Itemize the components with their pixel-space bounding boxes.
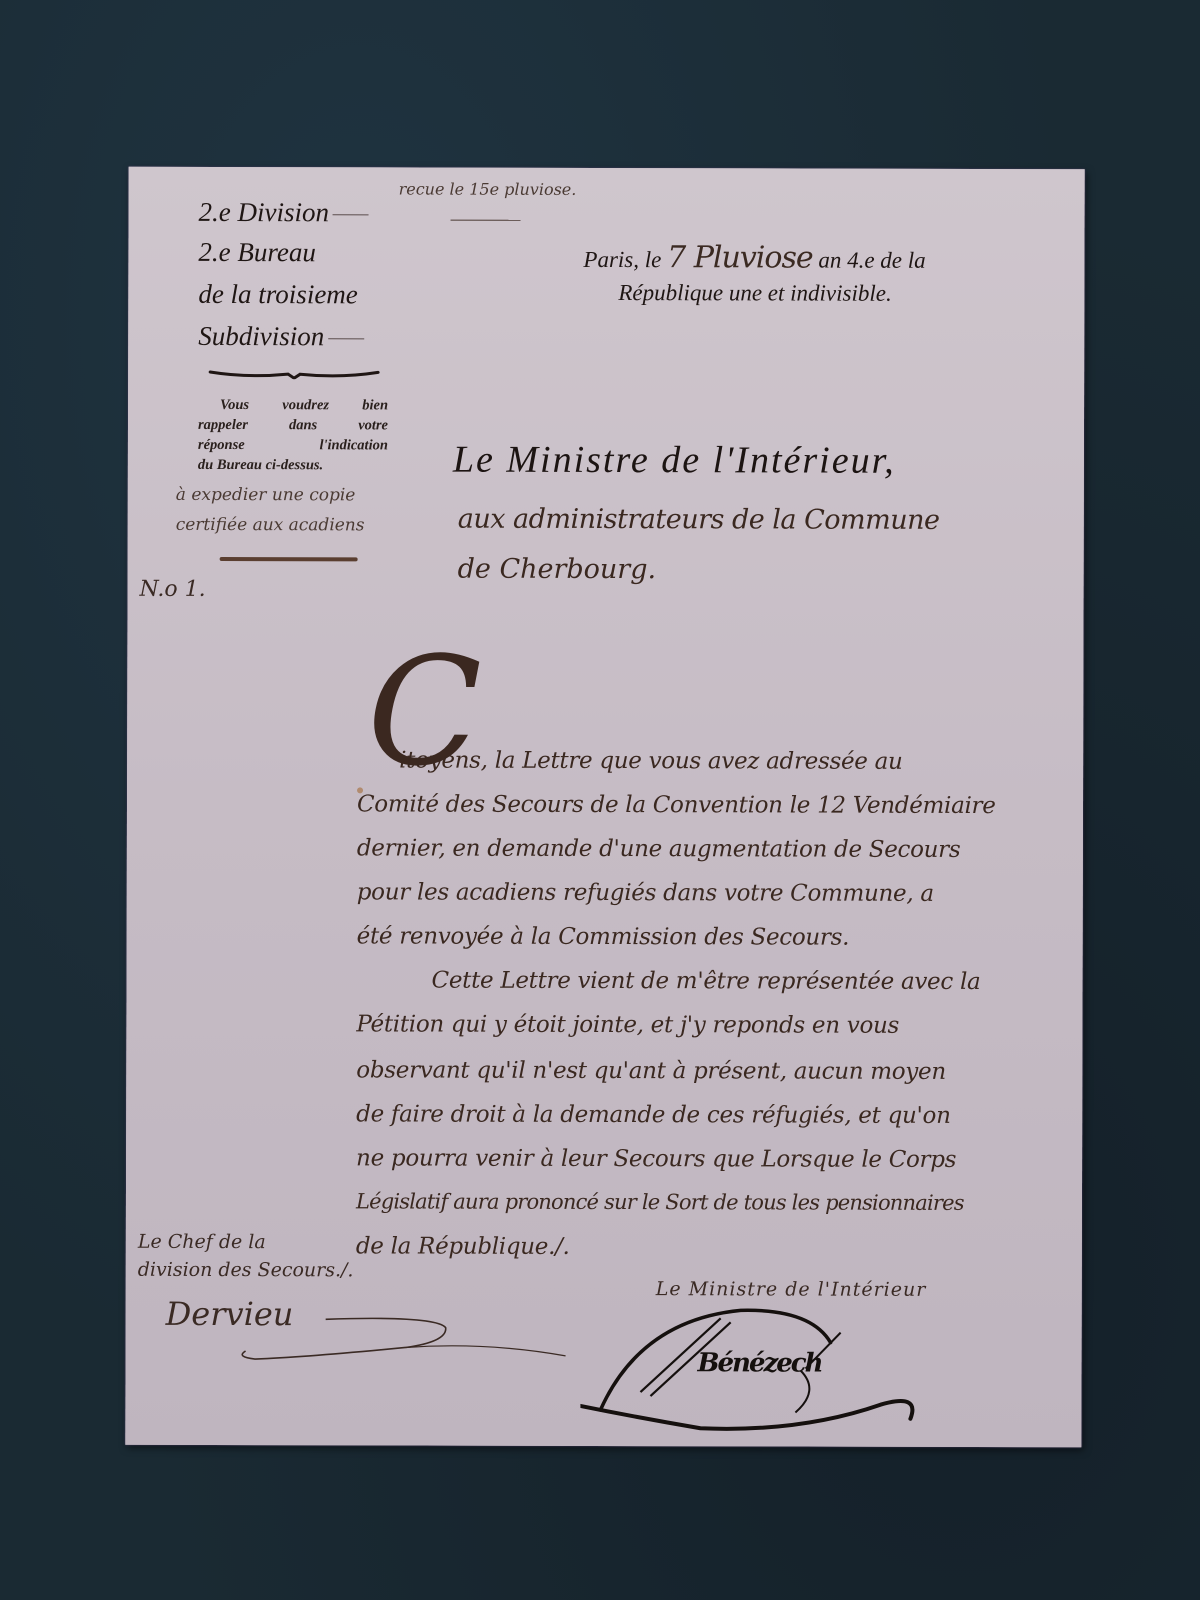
body-line: Cette Lettre vient de m'être représentée…: [432, 968, 981, 995]
subdivision-rule: [328, 339, 364, 340]
place-date: Paris, le 7 Pluviose an 4.e de la: [583, 240, 925, 276]
minister-signature: Bénézech: [698, 1348, 822, 1378]
margin-note-line1: à expedier une copie: [176, 485, 356, 505]
addressee-line1: aux administrateurs de la Commune: [458, 504, 940, 536]
signature-flourish-icon: [186, 1297, 586, 1378]
body-line: itoyens, la Lettre que vous avez adressé…: [399, 747, 903, 774]
body-line: pour les acadiens refugiés dans votre Co…: [357, 879, 934, 907]
sender-title: Le Ministre de l'Intérieur,: [453, 438, 896, 483]
letter-page: recue le 15e pluviose. 2.e Division 2.e …: [125, 167, 1084, 1447]
body-line: dernier, en demande d'une augmentation d…: [357, 835, 961, 863]
addressee-line2: de Cherbourg.: [458, 554, 657, 586]
body-line: de la République./.: [356, 1233, 570, 1260]
republic-line: République une et indivisible.: [618, 280, 891, 307]
division-chief-title-line1: Le Chef de la: [138, 1231, 266, 1253]
body-line: de faire droit à la demande de ces réfug…: [356, 1101, 950, 1129]
office-division: 2.e Division: [199, 197, 370, 228]
handwritten-date: 7 Pluviose: [667, 240, 813, 275]
body-line: observant qu'il n'est qu'ant à présent, …: [356, 1057, 946, 1085]
office-bureau: 2.e Bureau: [198, 237, 316, 268]
received-note: recue le 15e pluviose.: [399, 179, 577, 198]
division-chief-title-line2: division des Secours./.: [138, 1259, 354, 1282]
margin-note-line2: certifiée aux acadiens: [176, 515, 365, 535]
office-subdivision-line2: Subdivision: [198, 321, 364, 352]
margin-note-rule: [220, 557, 358, 561]
ornamental-brace-icon: [208, 369, 380, 379]
body-line: été renvoyée à la Commission des Secours…: [357, 923, 850, 950]
office-subdivision-line1: de la troisieme: [198, 279, 358, 310]
body-line: Comité des Secours de la Convention le 1…: [357, 791, 996, 819]
body-line: ne pourra venir à leur Secours que Lorsq…: [356, 1145, 956, 1173]
minister-signature-title: Le Ministre de l'Intérieur: [656, 1278, 927, 1301]
document-number: N.o 1.: [140, 577, 206, 602]
body-line: Législatif aura prononcé sur le Sort de …: [356, 1189, 964, 1215]
division-rule: [333, 215, 369, 216]
body-line: Pétition qui y étoit jointe, et j'y repo…: [356, 1011, 899, 1038]
received-note-underline: [451, 220, 521, 221]
bureau-reference-notice: Vous voudrez bien rappeler dans votre ré…: [198, 395, 388, 475]
